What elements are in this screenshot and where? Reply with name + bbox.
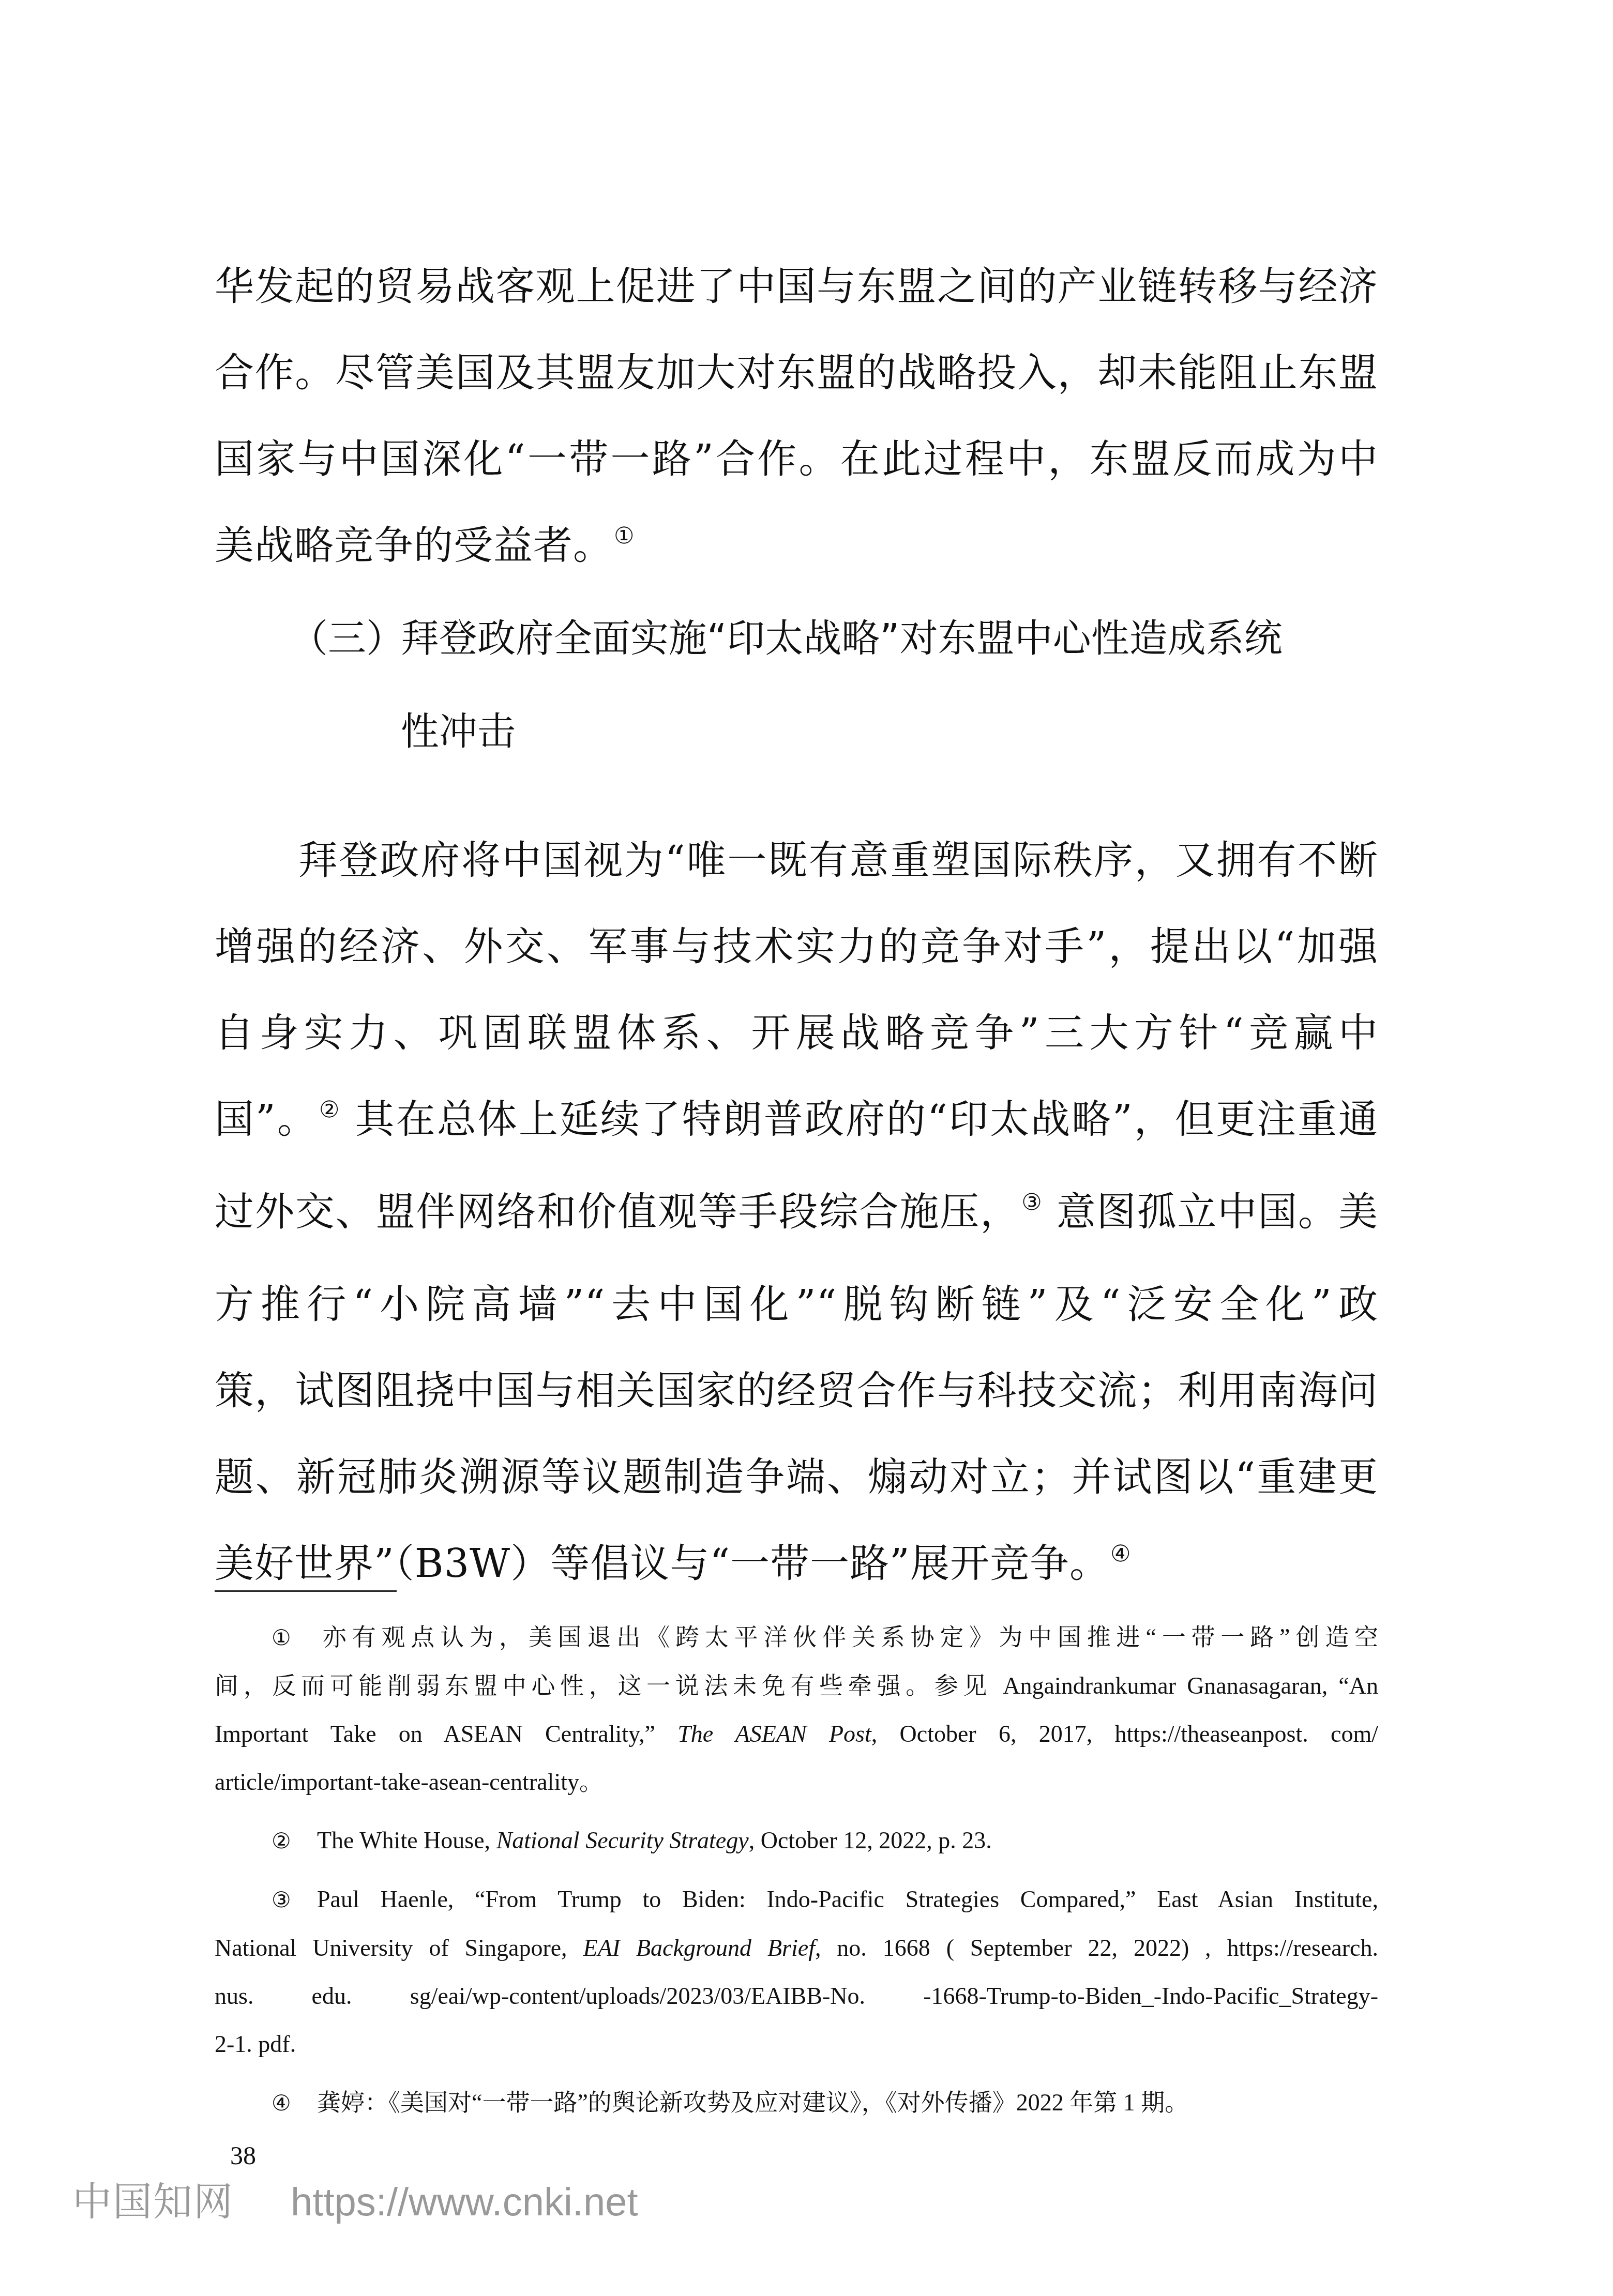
text-line: 自身实力、巩固联盟体系、开展战略竞争”三大方针“竞赢中 bbox=[215, 990, 1378, 1076]
text-segment: 亦有观点认为，美国退出《跨太平洋伙伴关系协定》为中国推进“一带一路”创造空 bbox=[317, 1624, 1378, 1650]
citation-link[interactable]: 2-1. pdf. bbox=[215, 2020, 1378, 2068]
section-title-line-1: 拜登政府全面实施“印太战略”对东盟中心性造成系统 bbox=[401, 616, 1283, 661]
footnote-line: 间，反而可能削弱东盟中心性，这一说法未免有些牵强。参见 Angaindranku… bbox=[215, 1662, 1378, 1710]
text-line: 方推行“小院高墙”“去中国化”“脱钩断链”及“泛安全化”政 bbox=[215, 1261, 1378, 1347]
section-number: （三） bbox=[290, 592, 401, 685]
footnote-line: ③Paul Haenle, “From Trump to Biden: Indo… bbox=[215, 1875, 1378, 1924]
text-line: 增强的经济、外交、军事与技术实力的竞争对手”，提出以“加强 bbox=[215, 903, 1378, 990]
footnote-ref-2[interactable]: ② bbox=[319, 1097, 341, 1123]
footnote-line: ②The White House, National Security Stra… bbox=[215, 1816, 1378, 1865]
footnote-line: ①亦有观点认为，美国退出《跨太平洋伙伴关系协定》为中国推进“一带一路”创造空 bbox=[215, 1613, 1378, 1662]
text-line: 拜登政府将中国视为“唯一既有意重塑国际秩序，又拥有不断 bbox=[215, 817, 1378, 903]
footnote-line: National University of Singapore, EAI Ba… bbox=[215, 1924, 1378, 1972]
text-segment: 美好世界”（B3W）等倡议与“一带一路”展开竞争。 bbox=[215, 1540, 1109, 1586]
text-line: 国”。② 其在总体上延续了特朗普政府的“印太战略”，但更注重通 bbox=[215, 1076, 1378, 1168]
page-number: 38 bbox=[230, 2140, 256, 2170]
text-line: 华发起的贸易战客观上促进了中国与东盟之间的产业链转移与经济 bbox=[215, 243, 1378, 329]
section-heading: （三）拜登政府全面实施“印太战略”对东盟中心性造成系统 性冲击 bbox=[290, 592, 1376, 778]
text-line: 美好世界”（B3W）等倡议与“一带一路”展开竞争。④ bbox=[215, 1520, 1378, 1613]
text-line: 合作。尽管美国及其盟友加大对东盟的战略投入，却未能阻止东盟 bbox=[215, 329, 1378, 416]
document-page: 华发起的贸易战客观上促进了中国与东盟之间的产业链转移与经济 合作。尽管美国及其盟… bbox=[0, 0, 1613, 2296]
footnote-ref-1[interactable]: ① bbox=[614, 523, 635, 549]
text-segment: 国”。 bbox=[215, 1096, 318, 1142]
source-title: The ASEAN Post bbox=[677, 1721, 871, 1747]
footnote-1: ①亦有观点认为，美国退出《跨太平洋伙伴关系协定》为中国推进“一带一路”创造空 间… bbox=[215, 1613, 1378, 1806]
text-segment: 过外交、盟伴网络和价值观等手段综合施压， bbox=[215, 1189, 1020, 1235]
footnote-4: ④龚婷：《美国对“一带一路”的舆论新攻势及应对建议》，《对外传播》2022 年第… bbox=[215, 2078, 1378, 2127]
footnote-line: ④龚婷：《美国对“一带一路”的舆论新攻势及应对建议》，《对外传播》2022 年第… bbox=[215, 2078, 1378, 2127]
footnote-line: Important Take on ASEAN Centrality,” The… bbox=[215, 1710, 1378, 1758]
footnote-2: ②The White House, National Security Stra… bbox=[215, 1816, 1378, 1865]
footnote-mark: ② bbox=[272, 1817, 317, 1865]
text-line: 策，试图阻挠中国与相关国家的经贸合作与科技交流；利用南海问 bbox=[215, 1347, 1378, 1434]
citation-link[interactable]: , October 6, 2017, https://theaseanpost.… bbox=[871, 1721, 1378, 1747]
section-title-line-2: 性冲击 bbox=[290, 685, 1376, 778]
source-title: EAI Background Brief bbox=[583, 1935, 815, 1961]
footnotes: ①亦有观点认为，美国退出《跨太平洋伙伴关系协定》为中国推进“一带一路”创造空 间… bbox=[215, 1613, 1378, 2137]
source-title: National Security Strategy bbox=[496, 1827, 749, 1853]
text-segment: 龚婷：《美国对“一带一路”的舆论新攻势及应对建议》，《对外传播》2022 年第 … bbox=[317, 2089, 1188, 2116]
text-segment: Paul Haenle, “From Trump to Biden: Indo-… bbox=[317, 1886, 1378, 1912]
citation-link[interactable]: article/important-take-asean-centrality。 bbox=[215, 1758, 1378, 1806]
text-segment: Important Take on ASEAN Centrality,” bbox=[215, 1721, 655, 1747]
text-segment: , October 12, 2022, p. 23. bbox=[749, 1827, 992, 1853]
watermark-site-name: 中国知网 bbox=[72, 2179, 234, 2226]
watermark-url[interactable]: https://www.cnki.net bbox=[291, 2180, 638, 2224]
text-line: 国家与中国深化“一带一路”合作。在此过程中，东盟反而成为中 bbox=[215, 416, 1378, 502]
footnote-ref-4[interactable]: ④ bbox=[1110, 1541, 1131, 1567]
footnote-mark: ③ bbox=[272, 1876, 317, 1924]
text-segment: 其在总体上延续了特朗普政府的“印太战略”，但更注重通 bbox=[355, 1096, 1378, 1142]
text-segment: 拜登政府将中国视为“唯一既有意重塑国际秩序，又拥有不断 bbox=[297, 837, 1378, 883]
text-line: 过外交、盟伴网络和价值观等手段综合施压，③ 意图孤立中国。美 bbox=[215, 1168, 1378, 1261]
footnote-3: ③Paul Haenle, “From Trump to Biden: Indo… bbox=[215, 1875, 1378, 2068]
text-line: 美战略竞争的受益者。① bbox=[215, 502, 1378, 595]
paragraph-biden-strategy: 拜登政府将中国视为“唯一既有意重塑国际秩序，又拥有不断 增强的经济、外交、军事与… bbox=[215, 817, 1378, 1613]
text-segment: National University of Singapore, bbox=[215, 1935, 583, 1961]
text-segment: 意图孤立中国。美 bbox=[1057, 1189, 1378, 1235]
text-segment: The White House, bbox=[317, 1827, 496, 1853]
footnote-ref-3[interactable]: ③ bbox=[1021, 1189, 1043, 1215]
text-line: 题、新冠肺炎溯源等议题制造争端、煽动对立；并试图以“重建更 bbox=[215, 1434, 1378, 1520]
footnote-separator bbox=[215, 1590, 397, 1592]
text-segment: 美战略竞争的受益者。 bbox=[215, 522, 613, 568]
citation-link[interactable]: , no. 1668 ( September 22, 2022) , https… bbox=[815, 1935, 1378, 1961]
footnote-mark: ④ bbox=[272, 2079, 317, 2127]
citation-link[interactable]: nus. edu. sg/eai/wp-content/uploads/2023… bbox=[215, 1972, 1378, 2020]
cnki-watermark: 中国知网https://www.cnki.net bbox=[72, 2179, 638, 2226]
footnote-mark: ① bbox=[272, 1614, 317, 1662]
paragraph-continuation: 华发起的贸易战客观上促进了中国与东盟之间的产业链转移与经济 合作。尽管美国及其盟… bbox=[215, 243, 1378, 595]
